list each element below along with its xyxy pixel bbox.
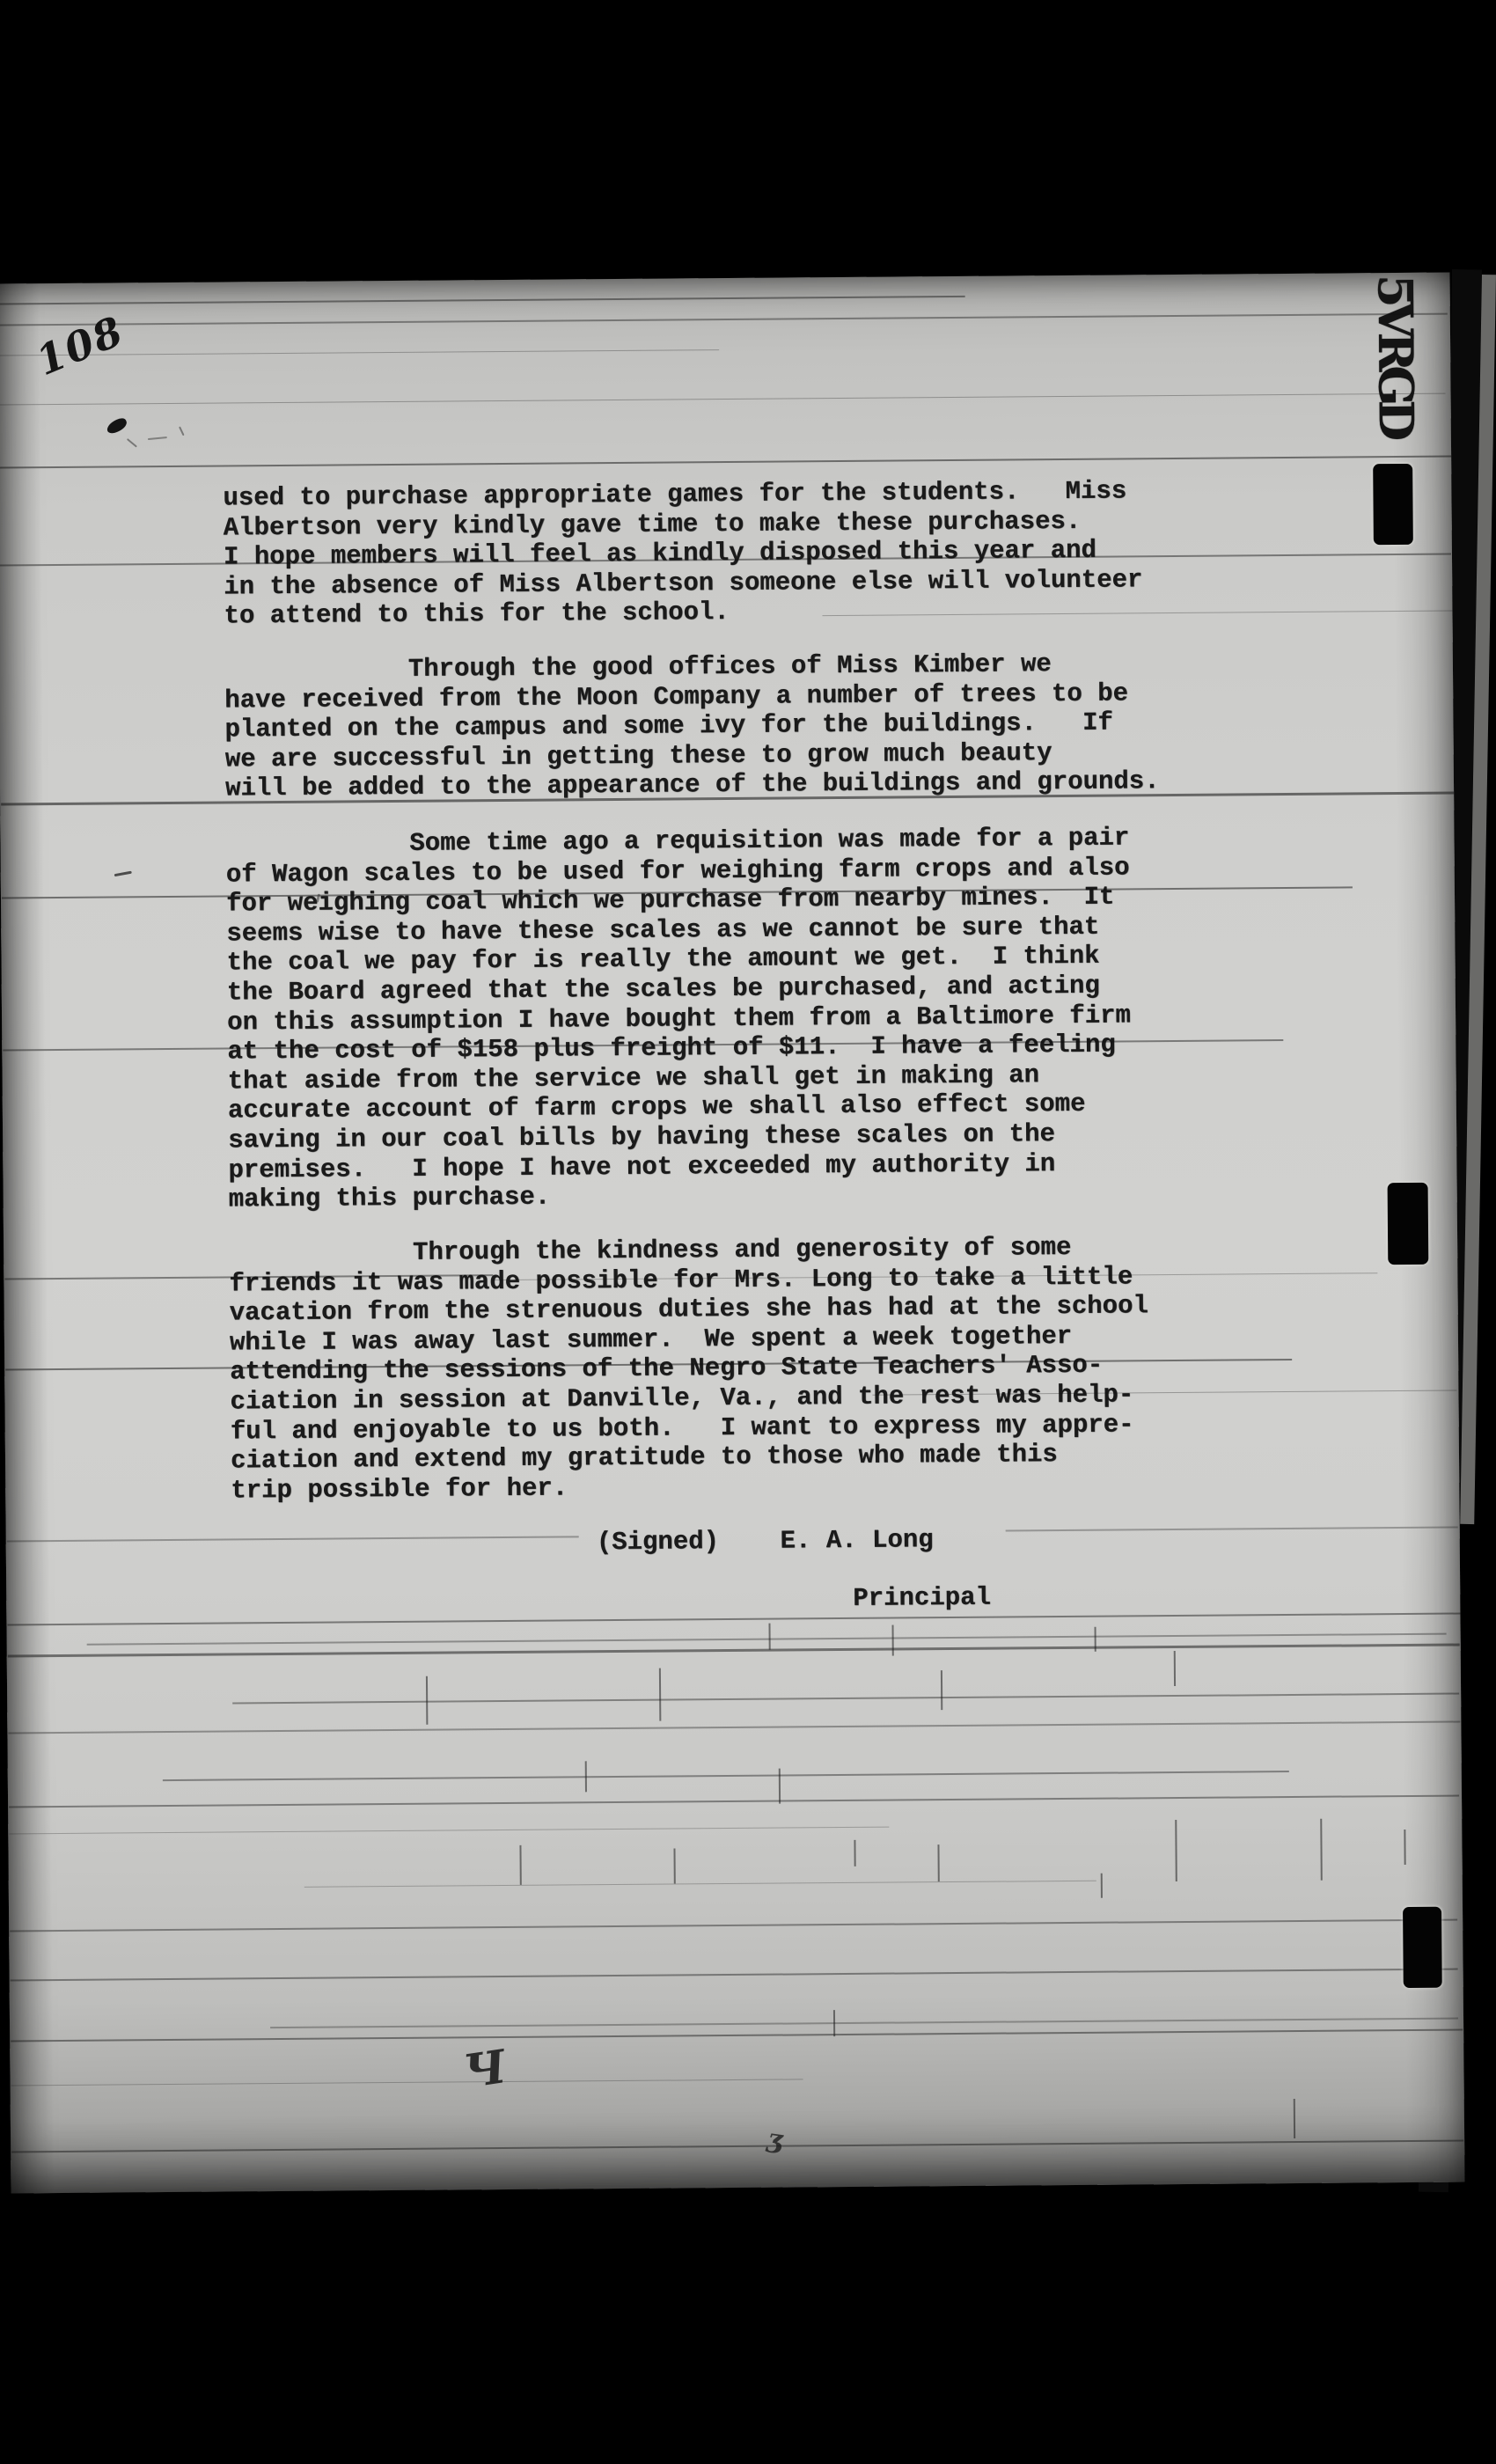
film-scratch-line bbox=[8, 1644, 1460, 1658]
film-scratch-tick bbox=[941, 1670, 942, 1710]
film-scratch-tick bbox=[426, 1676, 428, 1725]
film-scratch-line bbox=[9, 1827, 889, 1835]
film-scratch-line bbox=[11, 2139, 1463, 2152]
film-scratch-line bbox=[8, 1721, 1460, 1734]
film-scratch-tick bbox=[673, 1849, 675, 1884]
film-scratch-line bbox=[11, 2028, 1463, 2042]
film-scratch-tick bbox=[1095, 1627, 1096, 1652]
signature-line: (Signed) E. A. Long bbox=[597, 1525, 934, 1557]
film-scratch-line bbox=[9, 1795, 1459, 1808]
paragraph-trees-and-ivy: Through the good offices of Miss Kimber … bbox=[224, 649, 1160, 803]
handwritten-page-number: 108 bbox=[30, 306, 131, 385]
film-scratch-line bbox=[163, 1771, 1289, 1781]
film-scratch-line bbox=[7, 1536, 579, 1542]
paragraph-mrs-long-vacation: Through the kindness and generosity of s… bbox=[229, 1232, 1150, 1506]
film-scratch-tick bbox=[1294, 2099, 1295, 2138]
film-scratch-tick bbox=[779, 1769, 781, 1804]
film-scratch-line bbox=[232, 1693, 1459, 1705]
film-scratch-tick bbox=[1175, 1820, 1177, 1881]
handwritten-check-mark: Ч bbox=[460, 2040, 510, 2099]
film-splice-block bbox=[1403, 1907, 1442, 1988]
film-splice-block bbox=[1388, 1183, 1429, 1265]
ink-squiggle: ʒ bbox=[766, 2123, 784, 2156]
film-scratch-tick bbox=[1320, 1819, 1323, 1881]
film-scratch-line bbox=[0, 296, 965, 305]
film-scratch-tick bbox=[892, 1625, 894, 1656]
film-scratch-tick bbox=[833, 2010, 835, 2036]
film-edge-code: 5VRGD bbox=[1368, 275, 1425, 477]
text-line: making this purchase. bbox=[229, 1178, 1133, 1215]
film-scratch-line bbox=[0, 313, 1448, 326]
film-splice-block bbox=[1373, 464, 1413, 545]
microfilm-scan-frame: 108 5VRGD used to purchase appropriate g… bbox=[0, 0, 1496, 2464]
film-scratch-line bbox=[7, 1612, 1460, 1625]
film-scratch-tick bbox=[1174, 1651, 1176, 1686]
margin-dash-mark bbox=[114, 871, 132, 877]
film-scratch-line bbox=[0, 393, 1446, 406]
pencil-scribble bbox=[127, 438, 137, 447]
film-scratch-tick bbox=[519, 1845, 521, 1885]
paragraph-games-for-students: used to purchase appropriate games for t… bbox=[223, 476, 1142, 631]
scan-artifacts: Чʒ bbox=[0, 273, 1449, 284]
film-scratch-tick bbox=[1101, 1874, 1103, 1898]
pencil-scribble bbox=[179, 426, 185, 436]
film-scratch-tick bbox=[585, 1761, 587, 1792]
film-scratch-line bbox=[270, 2018, 1458, 2029]
film-scratch-tick bbox=[768, 1624, 770, 1650]
paragraph-wagon-scales: Some time ago a requisition was made for… bbox=[225, 823, 1132, 1214]
film-scratch-line bbox=[11, 2079, 803, 2086]
scanned-letter-page: 108 5VRGD used to purchase appropriate g… bbox=[0, 273, 1464, 2194]
film-scratch-tick bbox=[854, 1840, 855, 1866]
film-scratch-line bbox=[0, 456, 1451, 469]
pencil-scribble bbox=[148, 436, 167, 440]
film-scratch-line bbox=[304, 1881, 1096, 1888]
film-scratch-tick bbox=[659, 1668, 661, 1721]
signature-title: Principal bbox=[853, 1583, 991, 1613]
film-scratch-tick bbox=[937, 1844, 939, 1881]
film-scratch-line bbox=[11, 1969, 1458, 1982]
film-scratch-line bbox=[10, 1919, 1457, 1932]
text-line: trip possible for her. bbox=[231, 1469, 1149, 1506]
ink-blob bbox=[105, 416, 128, 436]
film-scratch-line bbox=[1006, 1527, 1458, 1532]
film-scratch-line bbox=[87, 1633, 1447, 1646]
film-scratch-tick bbox=[1404, 1830, 1405, 1865]
